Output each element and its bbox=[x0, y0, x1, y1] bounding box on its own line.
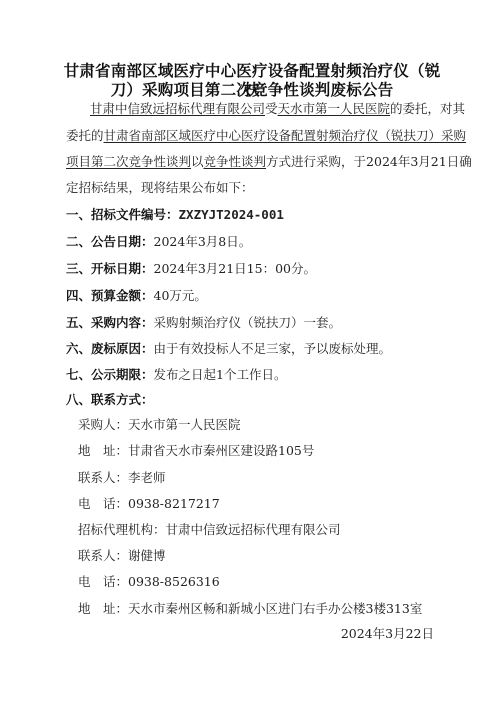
section-value: 2024年3月8日。 bbox=[154, 234, 252, 249]
agency-name: 甘肃中信致远招标代理有限公司 bbox=[90, 101, 265, 116]
section-value: 2024年3月21日15：00分。 bbox=[154, 261, 316, 276]
section-value: 发布之日起1个工作日。 bbox=[154, 367, 287, 382]
section-label: 四、预算金额： bbox=[66, 288, 154, 303]
section-announce-date: 二、公告日期：2024年3月8日。 bbox=[66, 234, 251, 250]
intro-line-1: 甘肃中信致远招标代理有限公司受天水市第一人民医院的委托，对其 bbox=[90, 101, 465, 117]
contact-agency-person: 联系人：谢健博 bbox=[78, 548, 166, 564]
project-name: 甘肃省南部区域医疗中心医疗设备配置射频治疗仪（锐扶刀）采购 bbox=[104, 128, 467, 143]
section-label: 二、公告日期： bbox=[66, 234, 154, 249]
section-label: 六、废标原因： bbox=[66, 341, 154, 356]
announcement-page: 甘肃省南部区域医疗中心医疗设备配置射频治疗仪（锐扶 刀）采购项目第二次竞争性谈判… bbox=[0, 0, 500, 706]
section-value: 由于有效投标人不足三家，予以废标处理。 bbox=[154, 341, 392, 356]
section-budget: 四、预算金额：40万元。 bbox=[66, 288, 207, 304]
section-label: 三、开标日期： bbox=[66, 261, 154, 276]
procurement-method: 竞争性谈判 bbox=[204, 154, 267, 169]
contact-purchaser-phone: 电 话：0938-8217217 bbox=[78, 496, 220, 512]
section-period: 七、公示期限：发布之日起1个工作日。 bbox=[66, 367, 286, 383]
section-label: 八、联系方式： bbox=[66, 392, 154, 407]
contact-agency-phone: 电 话：0938-8526316 bbox=[78, 574, 220, 590]
section-content: 五、采购内容：采购射频治疗仪（锐扶刀）一套。 bbox=[66, 315, 341, 331]
section-value: ZXZYJT2024-001 bbox=[179, 207, 284, 222]
purchaser-name: 天水市第一人民医院 bbox=[278, 101, 391, 116]
section-open-date: 三、开标日期：2024年3月21日15：00分。 bbox=[66, 261, 316, 277]
intro-text: 委托的 bbox=[66, 128, 104, 143]
section-value: 采购射频治疗仪（锐扶刀）一套。 bbox=[154, 315, 342, 330]
section-reason: 六、废标原因：由于有效投标人不足三家，予以废标处理。 bbox=[66, 341, 391, 357]
publish-date: 2024年3月22日 bbox=[341, 626, 434, 642]
intro-text: 方式进行采购，于2024年3月21日确 bbox=[266, 154, 472, 169]
project-name-cont: 项目第二次竞争性谈判 bbox=[66, 154, 191, 169]
intro-line-2: 委托的甘肃省南部区域医疗中心医疗设备配置射频治疗仪（锐扶刀）采购 bbox=[66, 128, 466, 144]
section-doc-number: 一、招标文件编号：ZXZYJT2024-001 bbox=[66, 207, 284, 223]
section-label: 七、公示期限： bbox=[66, 367, 154, 382]
contact-agency-address: 地 址：天水市秦州区畅和新城小区进门右手办公楼3楼313室 bbox=[78, 601, 422, 617]
intro-text: 的委托，对其 bbox=[390, 101, 465, 116]
section-value: 40万元。 bbox=[154, 288, 207, 303]
intro-text: 受 bbox=[265, 101, 278, 116]
section-label: 一、招标文件编号： bbox=[66, 207, 179, 222]
intro-line-3: 项目第二次竞争性谈判以竞争性谈判方式进行采购，于2024年3月21日确 bbox=[66, 154, 472, 170]
contact-purchaser-person: 联系人：李老师 bbox=[78, 470, 166, 486]
section-contact: 八、联系方式： bbox=[66, 392, 154, 408]
contact-purchaser: 采购人：天水市第一人民医院 bbox=[78, 417, 241, 433]
contact-agency: 招标代理机构：甘肃中信致远招标代理有限公司 bbox=[78, 522, 341, 538]
section-label: 五、采购内容： bbox=[66, 315, 154, 330]
title-line-2: 刀）采购项目第二次竞争性谈判废标公告 bbox=[58, 81, 446, 100]
intro-text: 以 bbox=[191, 154, 204, 169]
intro-line-4: 定招标结果，现将结果公布如下： bbox=[66, 180, 254, 196]
contact-purchaser-address: 地 址：甘肃省天水市秦州区建设路105号 bbox=[78, 443, 314, 459]
